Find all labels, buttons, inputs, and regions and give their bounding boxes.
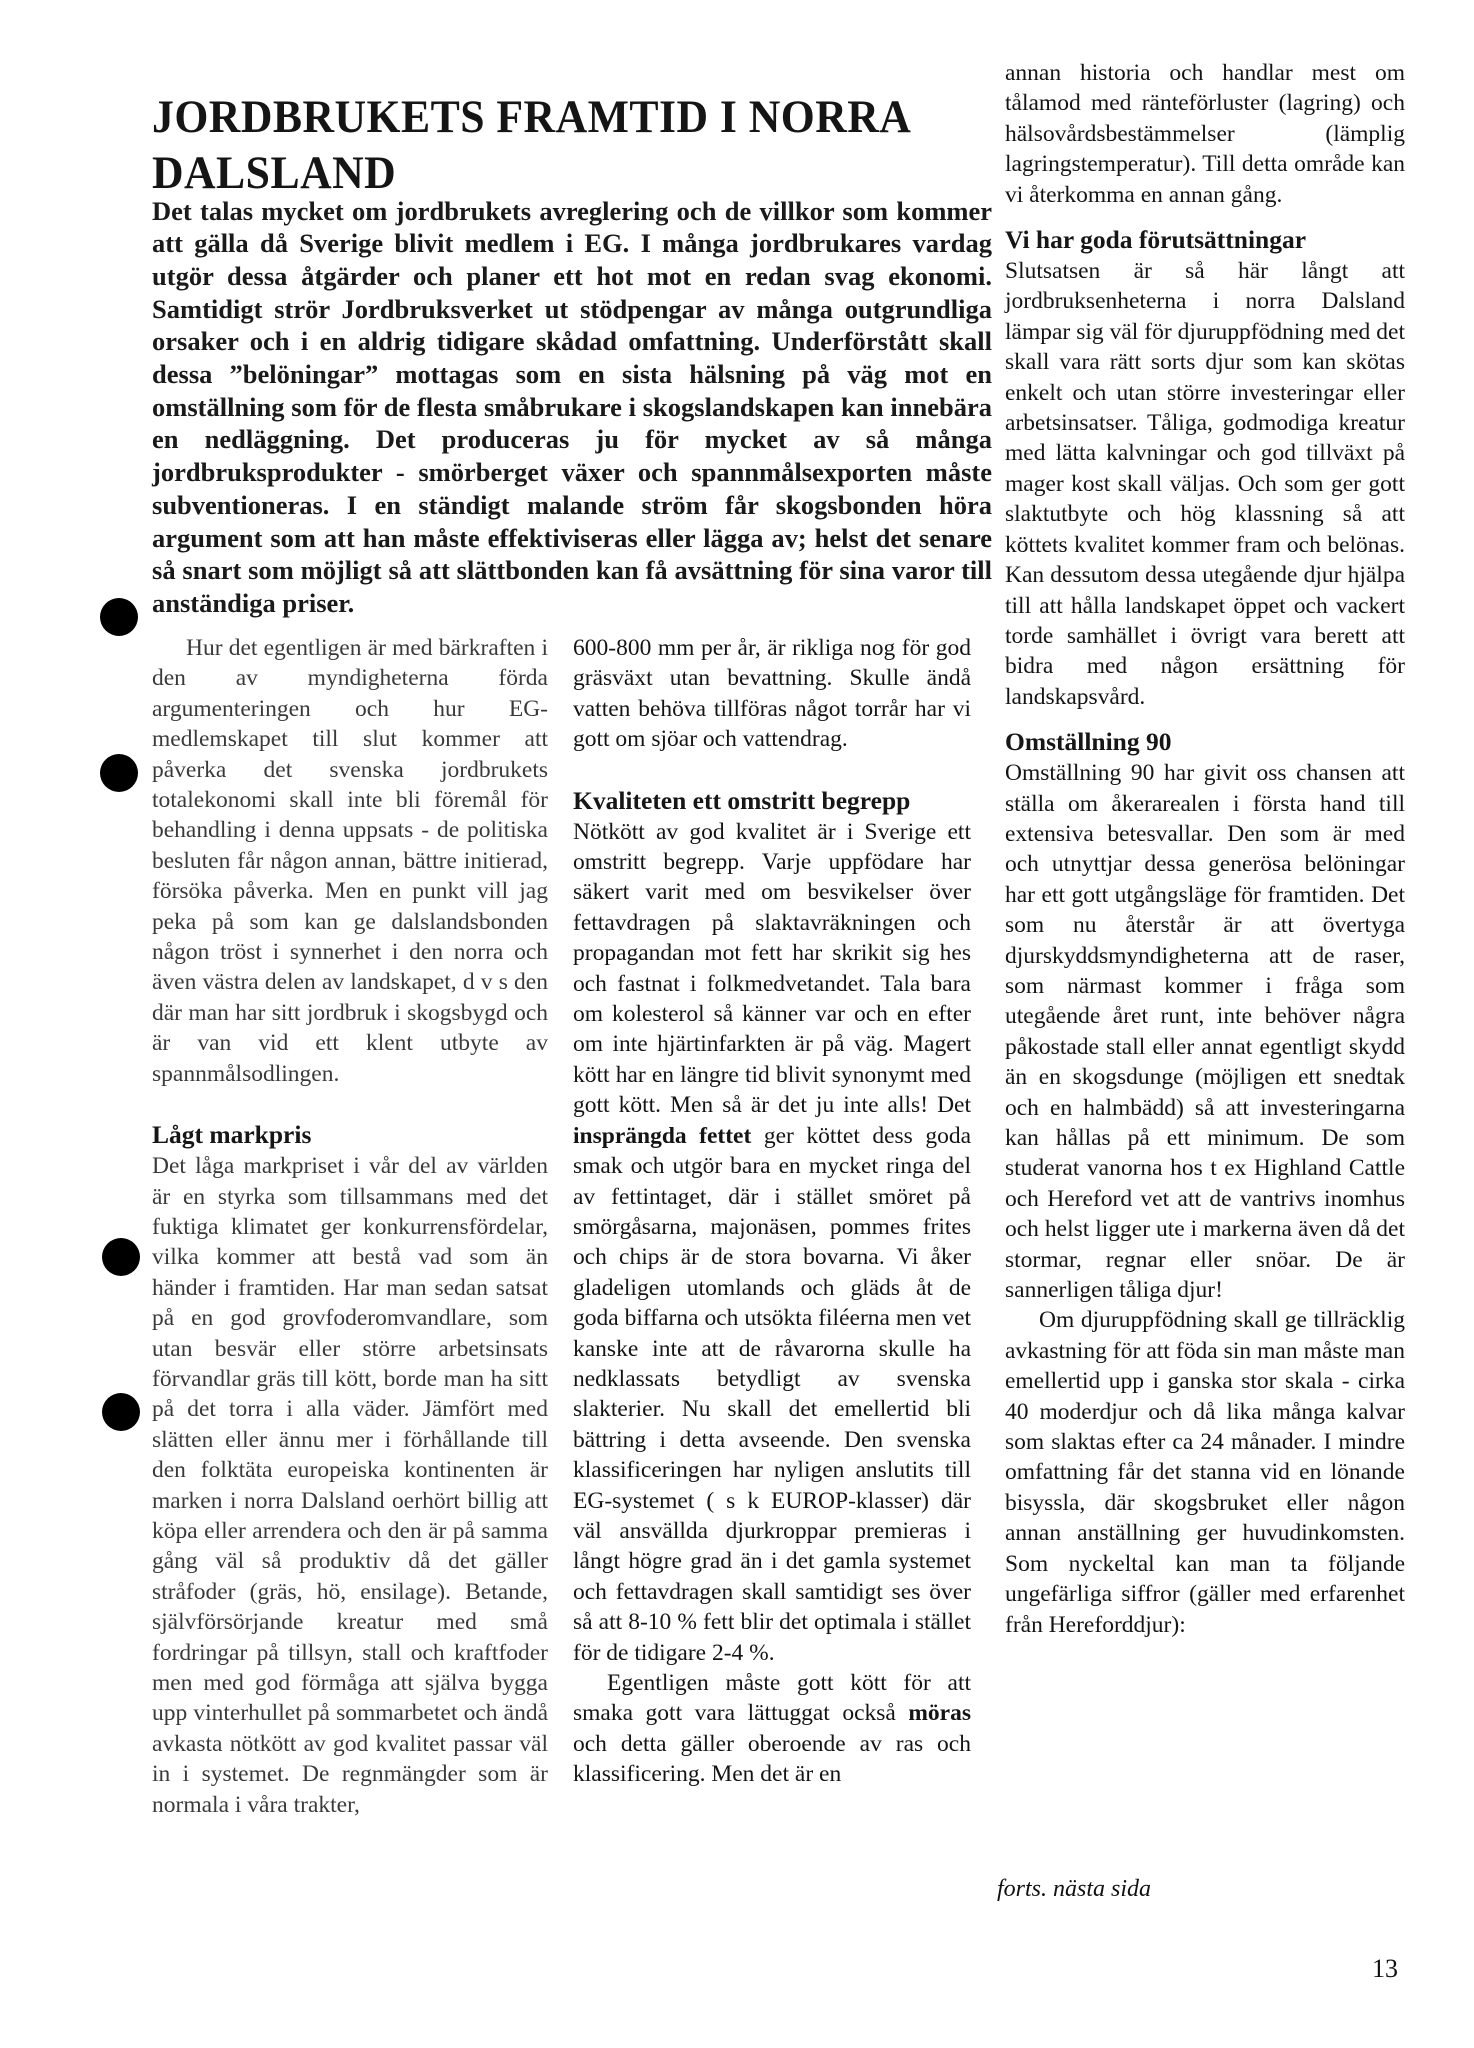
section-heading-goda-forutsattningar: Vi har goda förutsättningar [1005, 224, 1405, 256]
punch-hole-icon [100, 754, 138, 792]
section-heading-lagt-markpris: Lågt markpris [152, 1119, 548, 1151]
paragraph: Hur det egentligen är med bärkraften i d… [152, 633, 548, 1089]
magazine-page: JORDBRUKETS FRAMTID I NORRA DALSLAND Det… [0, 0, 1474, 2048]
column-2: 600-800 mm per år, är rikliga nog för go… [573, 633, 971, 1790]
paragraph: Det låga markpriset i vår del av världen… [152, 1151, 548, 1820]
paragraph: Omställning 90 har givit oss chansen att… [1005, 758, 1405, 1305]
punch-hole-icon [100, 598, 138, 636]
paragraph: 600-800 mm per år, är rikliga nog för go… [573, 633, 971, 755]
column-1: Hur det egentligen är med bärkraften i d… [152, 633, 548, 1820]
article-title: JORDBRUKETS FRAMTID I NORRA DALSLAND [152, 89, 915, 201]
punch-hole-icon [102, 1238, 140, 1276]
paragraph: Slutsatsen är så här långt att jordbruks… [1005, 256, 1405, 712]
section-heading-kvaliteten: Kvaliteten ett omstritt begrepp [573, 785, 971, 817]
punch-hole-icon [102, 1393, 140, 1431]
continued-next-page: forts. nästa sida [997, 1876, 1151, 1903]
section-heading-omstallning-90: Omställning 90 [1005, 726, 1405, 758]
paragraph: annan historia och handlar mest om tålam… [1005, 58, 1405, 210]
emphasis-text: insprängda fettet [573, 1123, 751, 1149]
column-3: annan historia och handlar mest om tålam… [1005, 58, 1405, 1640]
article-lead: Det talas mycket om jordbrukets avregler… [152, 195, 992, 620]
emphasis-text: möras [908, 1700, 971, 1726]
page-number: 13 [1372, 1954, 1398, 1984]
paragraph: Nötkött av god kvalitet är i Sverige ett… [573, 817, 971, 1668]
paragraph: Om djuruppfödning skall ge tillräcklig a… [1005, 1305, 1405, 1639]
paragraph: Egentligen måste gott kött för att smaka… [573, 1668, 971, 1790]
